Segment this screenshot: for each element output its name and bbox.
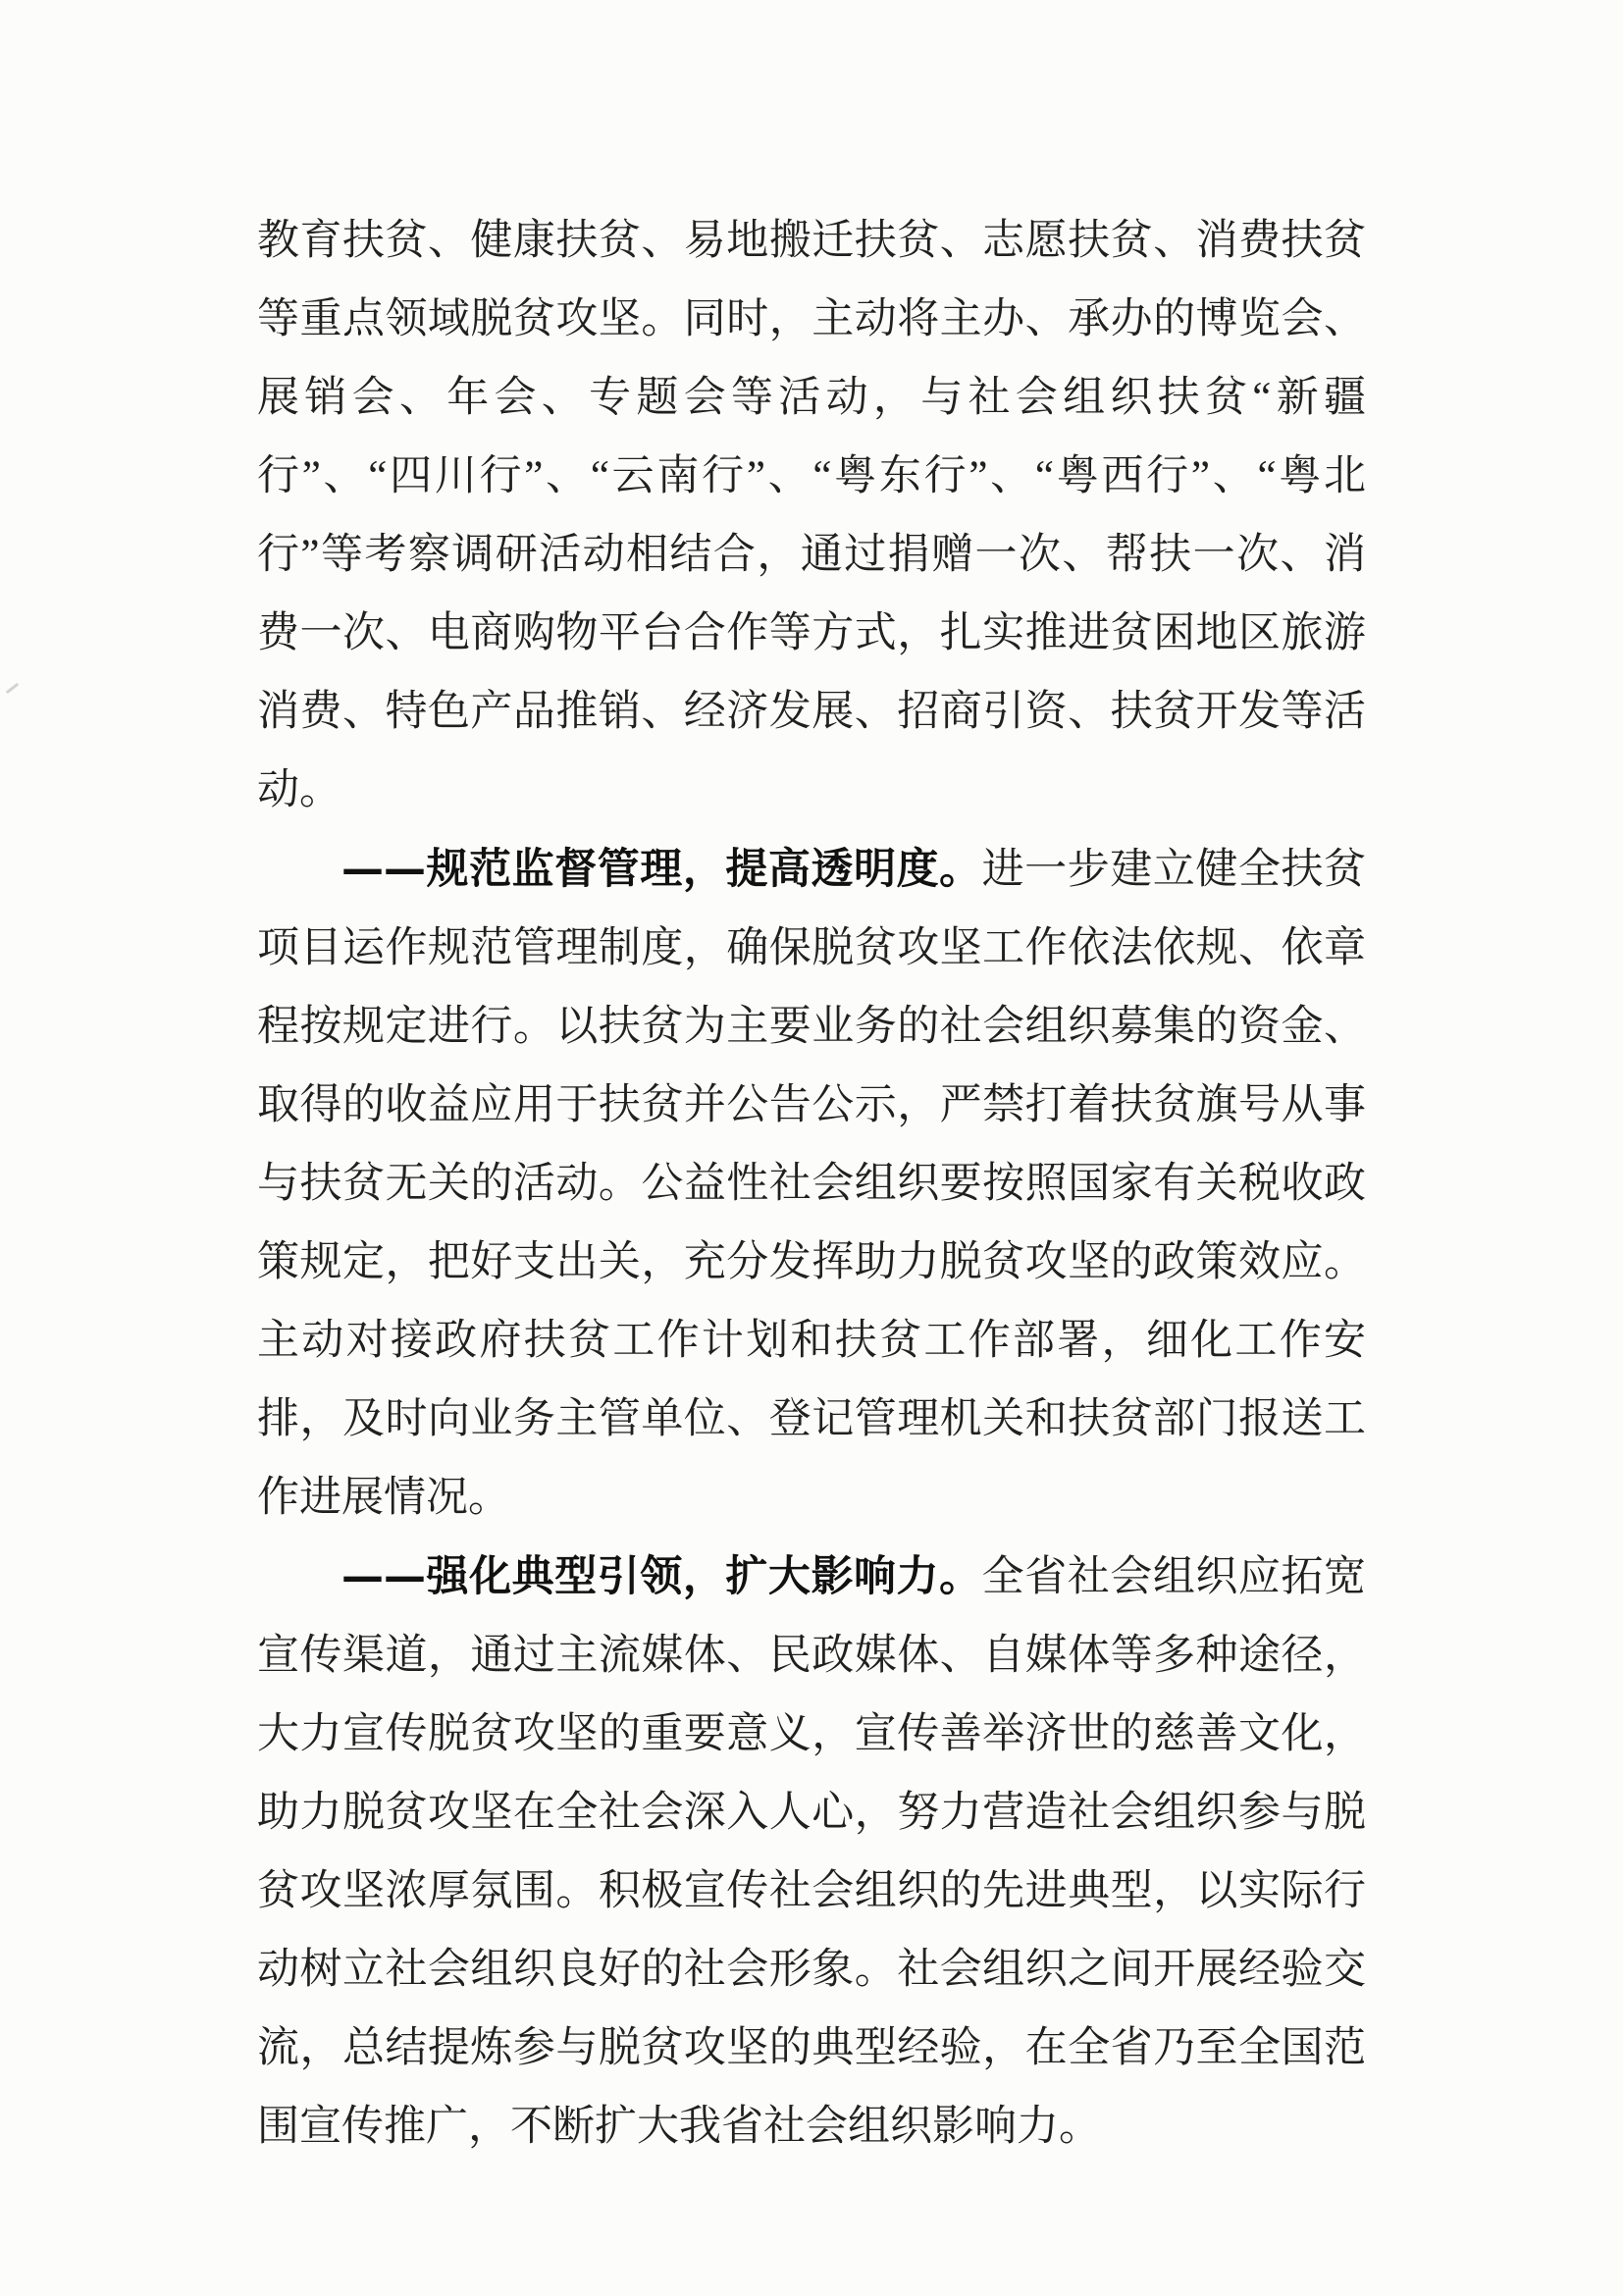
paragraph-1: 教育扶贫、健康扶贫、易地搬迁扶贫、志愿扶贫、消费扶贫等重点领域脱贫攻坚。同时，主… — [257, 202, 1366, 830]
paragraph-2: ——规范监督管理，提高透明度。进一步建立健全扶贫项目运作规范管理制度，确保脱贫攻… — [257, 830, 1366, 1538]
document-text-block: 教育扶贫、健康扶贫、易地搬迁扶贫、志愿扶贫、消费扶贫等重点领域脱贫攻坚。同时，主… — [257, 202, 1366, 2166]
paragraph-3-text: 全省社会组织应拓宽宣传渠道，通过主流媒体、民政媒体、自媒体等多种途径，大力宣传脱… — [257, 1554, 1366, 2150]
paragraph-3: ——强化典型引领，扩大影响力。全省社会组织应拓宽宣传渠道，通过主流媒体、民政媒体… — [257, 1538, 1366, 2166]
paragraph-2-text: 进一步建立健全扶贫项目运作规范管理制度，确保脱贫攻坚工作依法依规、依章程按规定进… — [257, 847, 1366, 1521]
paragraph-2-heading: ——规范监督管理，提高透明度。 — [341, 845, 982, 894]
document-page: 教育扶贫、健康扶贫、易地搬迁扶贫、志愿扶贫、消费扶贫等重点领域脱贫攻坚。同时，主… — [0, 0, 1623, 2296]
scan-artifact-mark — [6, 683, 20, 695]
paragraph-1-text: 教育扶贫、健康扶贫、易地搬迁扶贫、志愿扶贫、消费扶贫等重点领域脱贫攻坚。同时，主… — [257, 218, 1366, 813]
paragraph-3-heading: ——强化典型引领，扩大影响力。 — [341, 1552, 982, 1601]
